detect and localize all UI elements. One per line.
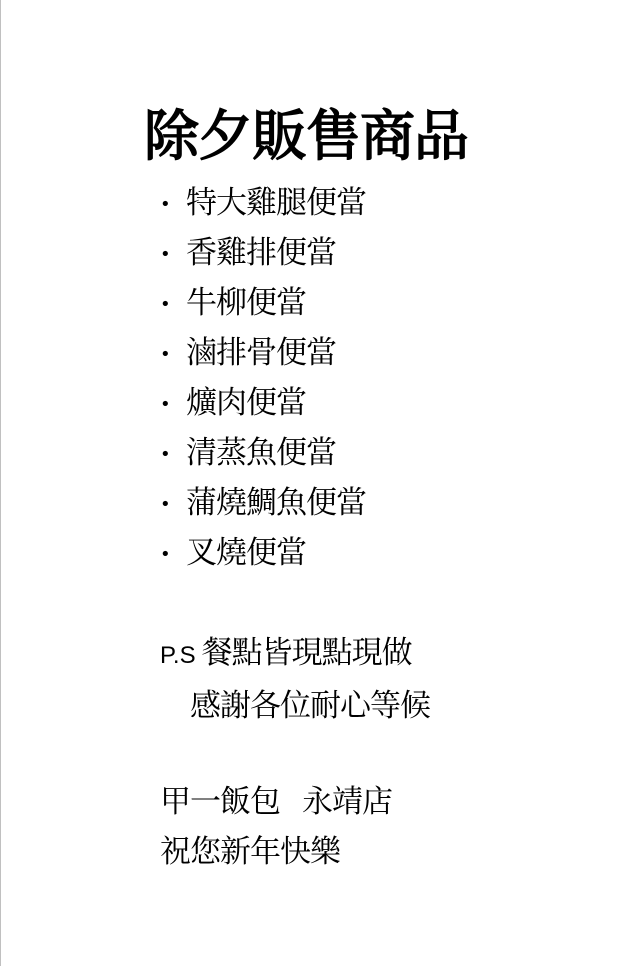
store-block: 甲一飯包永靖店 祝您新年快樂 bbox=[160, 777, 392, 877]
menu-item-label: 香雞排便當 bbox=[186, 230, 336, 276]
bullet-icon: • bbox=[160, 330, 186, 380]
menu-item-label: 滷排骨便當 bbox=[186, 330, 336, 376]
store-name: 甲一飯包 bbox=[160, 784, 280, 820]
menu-item-label: 牛柳便當 bbox=[186, 280, 306, 326]
bullet-icon: • bbox=[160, 530, 186, 580]
menu-item-label: 特大雞腿便當 bbox=[186, 180, 366, 226]
note-line-2: 感謝各位耐心等候 bbox=[160, 681, 430, 731]
bullet-icon: • bbox=[160, 430, 186, 480]
menu-item-label: 叉燒便當 bbox=[186, 530, 306, 576]
menu-item-label: 清蒸魚便當 bbox=[186, 430, 336, 476]
note-text-1: 餐點皆現點現做 bbox=[202, 635, 412, 671]
note-line-1: P.S餐點皆現點現做 bbox=[160, 628, 430, 681]
bullet-icon: • bbox=[160, 380, 186, 430]
menu-item-label: 爌肉便當 bbox=[186, 380, 306, 426]
note-block: P.S餐點皆現點現做 感謝各位耐心等候 bbox=[160, 628, 430, 731]
bullet-icon: • bbox=[160, 480, 186, 530]
page-border bbox=[0, 0, 1, 966]
page-title: 除夕販售商品 bbox=[144, 104, 468, 168]
bullet-icon: • bbox=[160, 230, 186, 280]
greeting: 祝您新年快樂 bbox=[160, 827, 392, 877]
bullet-icon: • bbox=[160, 180, 186, 230]
store-line: 甲一飯包永靖店 bbox=[160, 777, 392, 827]
bullet-icon: • bbox=[160, 280, 186, 330]
store-branch: 永靖店 bbox=[302, 784, 392, 820]
note-prefix: P.S bbox=[160, 642, 196, 669]
menu-item-label: 蒲燒鯛魚便當 bbox=[186, 480, 366, 526]
